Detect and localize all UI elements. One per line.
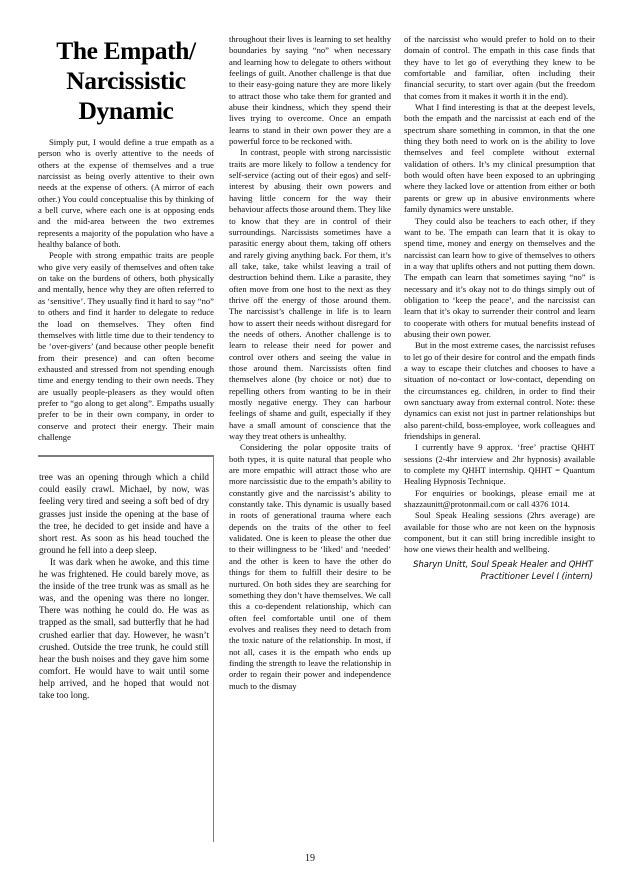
magazine-page: The Empath/ Narcissistic Dynamic Simply … [0, 0, 620, 877]
article-body-col1: Simply put, I would define a true empath… [38, 137, 214, 443]
article-paragraph: Soul Speak Healing sessions (2hrs averag… [404, 510, 595, 555]
author-attribution: Sharyn Unitt, Soul Speak Healer and QHHT… [404, 558, 595, 583]
article-paragraph: People with strong empathic traits are p… [38, 250, 214, 443]
story-inset-section: tree was an opening through which a chil… [38, 455, 214, 842]
article-paragraph: of the narcissist who would prefer to ho… [404, 34, 595, 102]
article-title-line-3: Dynamic [38, 96, 214, 126]
column-right: of the narcissist who would prefer to ho… [404, 34, 595, 842]
article-paragraph: Simply put, I would define a true empath… [38, 137, 214, 250]
column-left: The Empath/ Narcissistic Dynamic Simply … [38, 34, 214, 842]
article-paragraph: They could also be teachers to each othe… [404, 216, 595, 341]
article-title-line-2: Narcissistic [38, 66, 214, 96]
article-paragraph: For enquiries or bookings, please email … [404, 488, 595, 511]
page-number: 19 [0, 853, 620, 864]
article-paragraph: In contrast, people with strong narcissi… [229, 147, 391, 442]
article-title: The Empath/ Narcissistic Dynamic [38, 36, 214, 126]
story-paragraph: It was dark when he awoke, and this time… [39, 556, 209, 701]
article-title-line-1: The Empath/ [38, 36, 214, 66]
article-paragraph: throughout their lives is learning to se… [229, 34, 391, 147]
story-paragraph: tree was an opening through which a chil… [39, 471, 209, 556]
article-paragraph: Considering the polar opposite traits of… [229, 442, 391, 692]
column-middle: throughout their lives is learning to se… [229, 34, 391, 842]
column-layout: The Empath/ Narcissistic Dynamic Simply … [0, 0, 620, 842]
article-paragraph: What I find interesting is that at the d… [404, 102, 595, 215]
article-paragraph: But in the most extreme cases, the narci… [404, 340, 595, 442]
article-paragraph: I currently have 9 approx. ‘free’ practi… [404, 442, 595, 487]
